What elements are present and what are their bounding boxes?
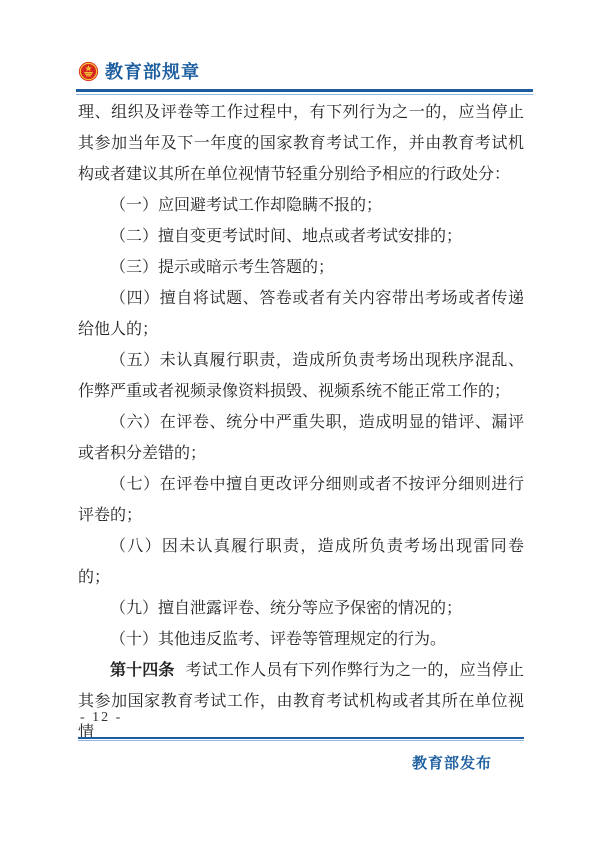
doc-body: 理、组织及评卷等工作过程中，有下列行为之一的，应当停止其参加当年及下一年度的国家… [78, 97, 524, 748]
list-item-3: （三）提示或暗示考生答题的； [78, 252, 524, 283]
article-14-paragraph: 第十四条考试工作人员有下列作弊行为之一的，应当停止其参加国家教育考试工作，由教育… [78, 655, 524, 748]
list-item-6: （六）在评卷、统分中严重失职，造成明显的错评、漏评或者积分差错的； [78, 407, 524, 469]
doc-category-title: 教育部规章 [105, 58, 200, 84]
page-number: - 12 - [80, 710, 122, 726]
list-item-1: （一）应回避考试工作却隐瞒不报的； [78, 190, 524, 221]
document-page: 教育部规章 理、组织及评卷等工作过程中，有下列行为之一的，应当停止其参加当年及下… [0, 0, 595, 842]
footer-rule [78, 737, 524, 741]
list-item-5: （五）未认真履行职责，造成所负责考场出现秩序混乱、作弊严重或者视频录像资料损毁、… [78, 345, 524, 407]
national-emblem-icon [78, 61, 99, 82]
list-item-7: （七）在评卷中擅自更改评分细则或者不按评分细则进行评卷的； [78, 469, 524, 531]
publisher-label: 教育部发布 [78, 752, 492, 773]
list-item-8: （八）因未认真履行职责，造成所负责考场出现雷同卷的； [78, 531, 524, 593]
doc-header: 教育部规章 [78, 58, 200, 84]
article-number: 第十四条 [110, 662, 174, 679]
intro-paragraph: 理、组织及评卷等工作过程中，有下列行为之一的，应当停止其参加当年及下一年度的国家… [78, 97, 524, 190]
list-item-10: （十）其他违反监考、评卷等管理规定的行为。 [78, 624, 524, 655]
list-item-4: （四）擅自将试题、答卷或者有关内容带出考场或者传递给他人的； [78, 283, 524, 345]
list-item-9: （九）擅自泄露评卷、统分等应予保密的情况的； [78, 593, 524, 624]
header-rule [76, 89, 533, 95]
list-item-2: （二）擅自变更考试时间、地点或者考试安排的； [78, 221, 524, 252]
